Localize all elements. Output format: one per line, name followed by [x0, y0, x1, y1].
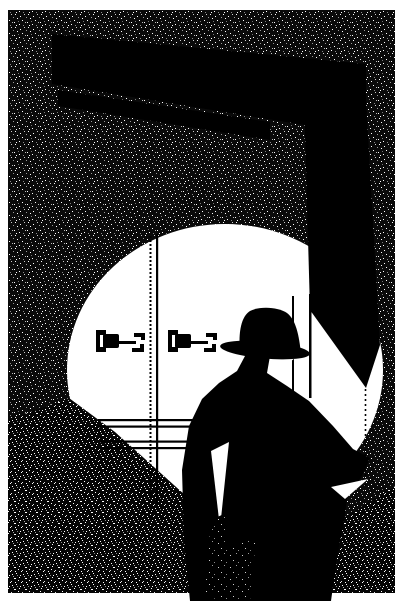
center-stile-line: [156, 234, 158, 504]
right-door-edge-line: [309, 294, 312, 398]
illustration-page: [0, 0, 400, 609]
halftone-illustration: [0, 0, 400, 609]
